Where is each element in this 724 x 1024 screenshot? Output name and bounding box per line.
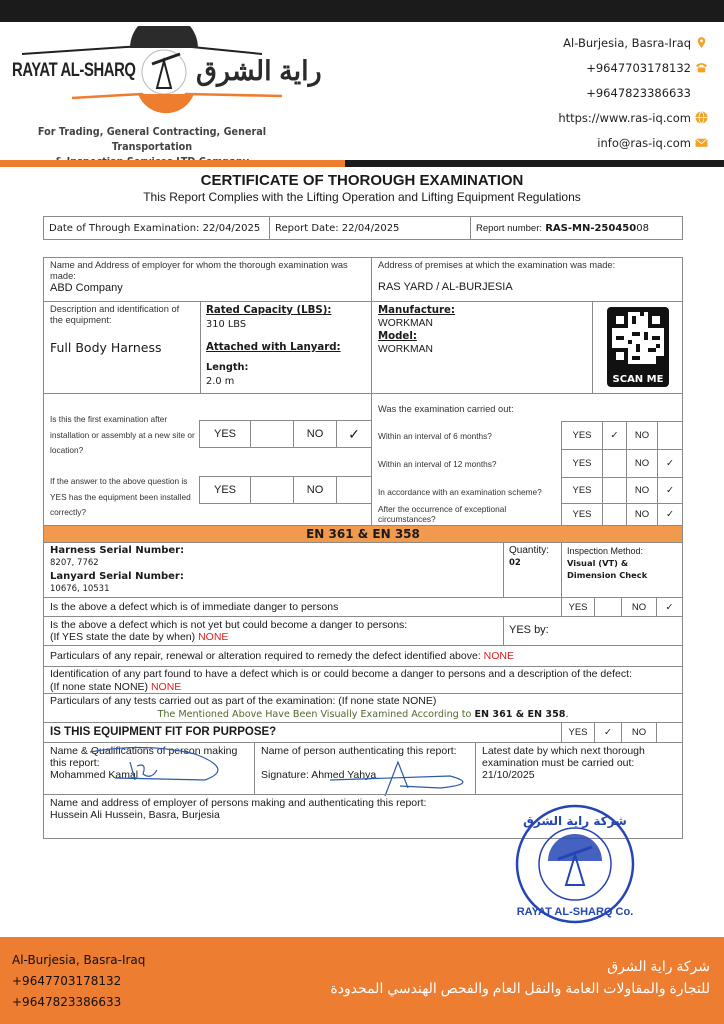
exam-scheme-no-box[interactable]: ✓ bbox=[657, 477, 683, 504]
top-bar bbox=[0, 0, 724, 22]
exam-scheme-no-label: NO bbox=[626, 477, 658, 504]
website-link[interactable]: https://www.ras-iq.com bbox=[558, 111, 691, 125]
contact-address: Al-Burjesia, Basra-Iraq bbox=[488, 30, 708, 55]
installed-no-box[interactable] bbox=[336, 476, 372, 504]
maker-signature-icon bbox=[85, 744, 245, 786]
identification-cell: Identification of any part found to have… bbox=[43, 666, 683, 694]
lanyard-label: Attached with Lanyard: bbox=[206, 341, 366, 355]
exceptional-circumstances-question: After the occurrence of exceptional circ… bbox=[378, 505, 548, 524]
brand-name-en: RAYAT AL-SHARQ bbox=[12, 60, 136, 82]
contact-phone-1[interactable]: +9647703178132 bbox=[488, 55, 708, 80]
first-exam-question: Is this the first examination after inst… bbox=[50, 412, 195, 459]
immediate-danger-no-box[interactable]: ✓ bbox=[656, 597, 683, 617]
premises-value: RAS YARD / AL-BURJESIA bbox=[378, 281, 676, 293]
address-text: Al-Burjesia, Basra-Iraq bbox=[563, 36, 691, 50]
tests-question: Particulars of any tests carried out as … bbox=[50, 695, 676, 708]
brand-name-ar: راية الشرق bbox=[196, 56, 322, 87]
quantity-label: Quantity: bbox=[509, 545, 556, 556]
premises-cell: Address of premises at which the examina… bbox=[371, 257, 683, 302]
footer-contacts: Al-Burjesia, Basra-Iraq +9647703178132 +… bbox=[12, 950, 145, 1013]
immediate-danger-question: Is the above a defect which is of immedi… bbox=[43, 597, 562, 617]
contact-block: Al-Burjesia, Basra-Iraq +9647703178132 +… bbox=[488, 30, 708, 155]
next-exam-label: Latest date by which next thorough exami… bbox=[482, 745, 676, 769]
footer-address: Al-Burjesia, Basra-Iraq bbox=[12, 950, 145, 971]
location-pin-icon bbox=[695, 36, 708, 49]
employer-cell: Name and Address of employer for whom th… bbox=[43, 257, 372, 302]
footer-arabic-name: شركة راية الشرق bbox=[330, 955, 710, 977]
scan-me-label: SCAN ME bbox=[607, 374, 669, 385]
quantity-cell: Quantity: 02 bbox=[503, 542, 562, 598]
footer-phone-2[interactable]: +9647823386633 bbox=[12, 992, 145, 1013]
manufacture-cell: Manufacture: WORKMAN Model: WORKMAN bbox=[371, 301, 593, 394]
immediate-danger-yes-label: YES bbox=[561, 597, 595, 617]
manufacture-value: WORKMAN bbox=[378, 317, 586, 330]
first-exam-no-box[interactable]: ✓ bbox=[336, 420, 372, 448]
dates-table: Date of Through Examination: 22/04/2025 … bbox=[43, 216, 683, 240]
carried-out-heading: Was the examination carried out: bbox=[378, 404, 514, 415]
immediate-danger-no-label: NO bbox=[621, 597, 657, 617]
header-divider-orange bbox=[0, 160, 345, 167]
exceptional-no-label: NO bbox=[626, 503, 658, 526]
identification-answer: NONE bbox=[151, 681, 181, 693]
telephone-icon bbox=[695, 61, 708, 74]
tests-cell: Particulars of any tests carried out as … bbox=[43, 693, 683, 723]
report-date: Report Date: 22/04/2025 bbox=[270, 217, 471, 240]
premises-label: Address of premises at which the examina… bbox=[378, 260, 676, 271]
fit-no-label: NO bbox=[621, 722, 657, 743]
model-label: Model: bbox=[378, 330, 586, 343]
identification-hint: (If none state NONE) bbox=[50, 681, 148, 693]
installed-yes-label: YES bbox=[199, 476, 251, 504]
capacity-label: Rated Capacity (LBS): bbox=[206, 304, 366, 318]
globe-icon bbox=[695, 111, 708, 124]
stamp-ar-text: شركة راية الشرق bbox=[523, 814, 627, 828]
tests-answer: The Mentioned Above Have Been Visually E… bbox=[157, 709, 471, 720]
tagline-line-1: For Trading, General Contracting, Genera… bbox=[14, 125, 290, 155]
report-number-value: RAS-MN-250450 bbox=[545, 223, 636, 234]
tests-standard: EN 361 & EN 358 bbox=[475, 709, 566, 720]
stamp-en-text: RAYAT AL-SHARQ Co. bbox=[517, 906, 634, 918]
interval-6-months-question: Within an interval of 6 months? bbox=[378, 431, 492, 442]
first-exam-yes-box[interactable] bbox=[250, 420, 294, 448]
repair-answer: NONE bbox=[484, 650, 514, 662]
email-link[interactable]: info@ras-iq.com bbox=[597, 136, 691, 150]
contact-website[interactable]: https://www.ras-iq.com bbox=[488, 105, 708, 130]
authenticator-label: Name of person authenticating this repor… bbox=[261, 745, 469, 757]
harness-serial-value: 8207, 7762 bbox=[50, 557, 497, 570]
fit-yes-label: YES bbox=[561, 722, 595, 743]
qr-code[interactable]: SCAN ME bbox=[607, 307, 669, 387]
fit-for-purpose-question: IS THIS EQUIPMENT FIT FOR PURPOSE? bbox=[43, 722, 562, 743]
model-value: WORKMAN bbox=[378, 343, 586, 356]
standard-band: EN 361 & EN 358 bbox=[43, 525, 683, 543]
contact-phone-2[interactable]: +9647823386633 bbox=[488, 80, 708, 105]
identification-question: Identification of any part found to have… bbox=[50, 668, 676, 681]
exceptional-yes-label: YES bbox=[561, 503, 603, 526]
document-title: CERTIFICATE OF THOROUGH EXAMINATION bbox=[0, 172, 724, 189]
contact-email[interactable]: info@ras-iq.com bbox=[488, 130, 708, 155]
footer-phone-1[interactable]: +9647703178132 bbox=[12, 971, 145, 992]
capacity-value: 310 LBS bbox=[206, 318, 366, 332]
fit-no-box[interactable] bbox=[656, 722, 683, 743]
future-danger-hint: (If YES state the date by when) bbox=[50, 631, 195, 643]
immediate-danger-yes-box[interactable] bbox=[594, 597, 622, 617]
envelope-icon bbox=[695, 136, 708, 149]
inspection-method-label: Inspection Method: bbox=[567, 545, 677, 557]
authenticator-signature-icon bbox=[330, 758, 480, 798]
employer-label: Name and Address of employer for whom th… bbox=[50, 260, 365, 282]
fit-yes-box[interactable]: ✓ bbox=[594, 722, 622, 743]
report-number-suffix: 08 bbox=[636, 223, 649, 234]
interval-6-no-box[interactable] bbox=[657, 421, 683, 450]
interval-6-yes-label: YES bbox=[561, 421, 603, 450]
footer-arabic-block: شركة راية الشرق للتجارة والمقاولات العام… bbox=[330, 955, 710, 999]
future-danger-question: Is the above a defect which is not yet b… bbox=[50, 619, 497, 631]
interval-12-yes-label: YES bbox=[561, 449, 603, 478]
employer-value: ABD Company bbox=[50, 282, 365, 294]
document-subtitle: This Report Complies with the Lifting Op… bbox=[0, 190, 724, 204]
qr-code-icon bbox=[612, 312, 664, 364]
tests-period: . bbox=[565, 709, 568, 720]
phone-1-link[interactable]: +9647703178132 bbox=[586, 61, 691, 75]
repair-cell: Particulars of any repair, renewal or al… bbox=[43, 645, 683, 667]
future-danger-answer: NONE bbox=[198, 631, 228, 643]
serials-cell: Harness Serial Number: 8207, 7762 Lanyar… bbox=[43, 542, 504, 598]
inspection-method-cell: Inspection Method: Visual (VT) & Dimensi… bbox=[561, 542, 683, 598]
report-number-label: Report number: bbox=[476, 223, 542, 234]
lanyard-serial-value: 10676, 10531 bbox=[50, 583, 497, 596]
report-number: Report number: RAS-MN-25045008 bbox=[471, 217, 683, 240]
exam-date: Date of Through Examination: 22/04/2025 bbox=[44, 217, 270, 240]
exam-scheme-yes-box[interactable] bbox=[602, 477, 627, 504]
lanyard-serial-label: Lanyard Serial Number: bbox=[50, 570, 497, 583]
length-label: Length: bbox=[206, 361, 366, 375]
interval-6-yes-box[interactable]: ✓ bbox=[602, 421, 627, 450]
first-exam-yes-label: YES bbox=[199, 420, 251, 448]
yes-by-field[interactable]: YES by: bbox=[503, 616, 683, 646]
exam-scheme-yes-label: YES bbox=[561, 477, 603, 504]
footer-arabic-tagline: للتجارة والمقاولات العامة والنقل العام و… bbox=[330, 977, 710, 999]
inspection-method-value: Visual (VT) & Dimension Check bbox=[567, 557, 677, 581]
quantity-value: 02 bbox=[509, 558, 556, 568]
company-stamp-icon: شركة راية الشرق RAYAT AL-SHARQ Co. bbox=[514, 803, 636, 925]
exceptional-yes-box[interactable] bbox=[602, 503, 627, 526]
exceptional-no-box[interactable]: ✓ bbox=[657, 503, 683, 526]
installed-question: If the answer to the above question is Y… bbox=[50, 474, 195, 521]
interval-12-months-question: Within an interval of 12 months? bbox=[378, 459, 497, 470]
future-danger-cell: Is the above a defect which is not yet b… bbox=[43, 616, 504, 646]
manufacture-label: Manufacture: bbox=[378, 304, 586, 317]
first-exam-no-label: NO bbox=[293, 420, 337, 448]
repair-question: Particulars of any repair, renewal or al… bbox=[50, 650, 481, 662]
next-exam-date: 21/10/2025 bbox=[482, 769, 676, 781]
length-value: 2.0 m bbox=[206, 375, 366, 389]
equipment-value: Full Body Harness bbox=[50, 340, 194, 355]
next-exam-cell: Latest date by which next thorough exami… bbox=[475, 742, 683, 795]
installed-yes-box[interactable] bbox=[250, 476, 294, 504]
equipment-label: Description and identification of the eq… bbox=[50, 304, 194, 326]
interval-12-no-box[interactable]: ✓ bbox=[657, 449, 683, 478]
harness-serial-label: Harness Serial Number: bbox=[50, 544, 497, 557]
interval-12-no-label: NO bbox=[626, 449, 658, 478]
capacity-cell: Rated Capacity (LBS): 310 LBS Attached w… bbox=[200, 301, 372, 394]
interval-12-yes-box[interactable] bbox=[602, 449, 627, 478]
header-divider-black bbox=[345, 160, 724, 167]
installed-no-label: NO bbox=[293, 476, 337, 504]
exam-scheme-question: In accordance with an examination scheme… bbox=[378, 487, 542, 498]
phone-2-link[interactable]: +9647823386633 bbox=[586, 86, 691, 100]
interval-6-no-label: NO bbox=[626, 421, 658, 450]
equipment-description-cell: Description and identification of the eq… bbox=[43, 301, 201, 394]
